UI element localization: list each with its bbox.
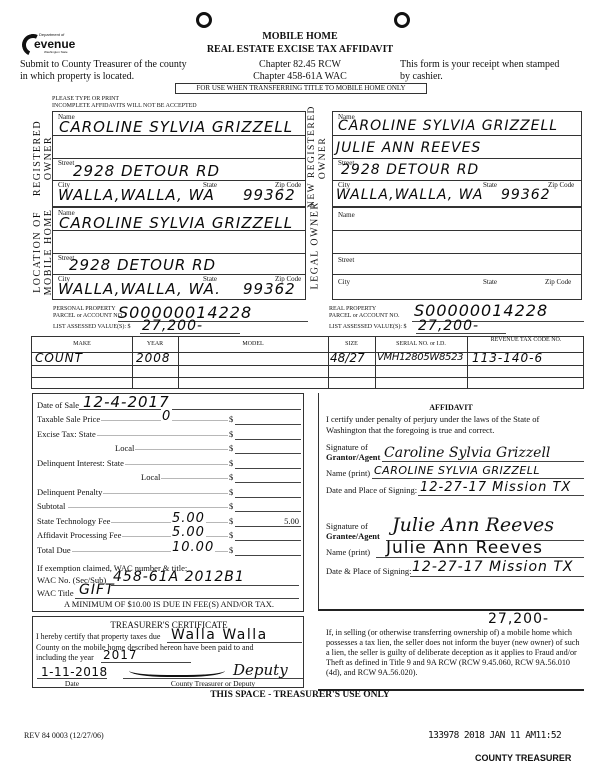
- new-owner-name[interactable]: CAROLINE SYLVIA GRIZZELL: [338, 118, 558, 134]
- chapter-rcw: Chapter 82.45 RCW: [240, 59, 360, 70]
- legal-owner-box: Name Street City State Zip Code: [332, 207, 582, 300]
- treasurer-certificate-box: TREASURER'S CERTIFICATE I hereby certify…: [32, 616, 304, 688]
- submit-text: Submit to County Treasurer of the county: [20, 59, 187, 70]
- tax-calculation-box: Date of Sale 12-4-2017 If exemption clai…: [32, 393, 304, 612]
- tax-row-handwritten[interactable]: 5.00: [171, 525, 206, 540]
- new-owner-name-2[interactable]: JULIE ANN REEVES: [336, 140, 481, 156]
- tax-row-label: Subtotal: [37, 501, 66, 511]
- cell-serial[interactable]: VMH12805W8523: [377, 352, 463, 363]
- col-serial: SERIAL NO. or I.D.: [375, 341, 467, 347]
- col-make: MAKE: [32, 341, 132, 347]
- currency-symbol: $: [229, 487, 233, 497]
- punch-hole-icon: [196, 12, 212, 28]
- cell-make[interactable]: COUNT: [35, 351, 83, 365]
- leader-dots: ........................................…: [120, 443, 228, 452]
- personal-assessed-value[interactable]: 27,200-: [142, 318, 203, 334]
- registered-owner-city[interactable]: WALLA,WALLA, WA: [58, 186, 215, 204]
- transfer-banner: FOR USE WHEN TRANSFERRING TITLE TO MOBIL…: [175, 83, 427, 94]
- mobile-home-table: MAKE YEAR MODEL SIZE SERIAL NO. or I.D. …: [31, 336, 584, 389]
- new-owner-city[interactable]: WALLA,WALLA, WA: [336, 187, 483, 203]
- col-revenue-code: REVENUE TAX CODE NO.: [470, 337, 582, 344]
- registered-owner-zip[interactable]: 99362: [243, 186, 296, 204]
- legal-owner-side-label: LEGAL OWNER: [310, 220, 321, 290]
- currency-symbol: $: [229, 516, 233, 526]
- tax-row-handwritten[interactable]: 5.00: [171, 511, 206, 526]
- treasurer-date[interactable]: 1-11-2018: [41, 665, 108, 679]
- cashier-stamp-office: COUNTY TREASURER: [475, 753, 571, 763]
- tax-row-label: Local: [115, 443, 135, 453]
- cell-year[interactable]: 2008: [136, 351, 171, 365]
- receipt-text: This form is your receipt when stamped: [400, 59, 559, 70]
- cashier-stamp: 133978 2018 JAN 11 AM11:52: [428, 730, 561, 741]
- tax-lien-notice: If, in selling (or otherwise transferrin…: [326, 628, 584, 678]
- new-owner-zip[interactable]: 99362: [501, 187, 551, 203]
- affidavit-title: AFFIDAVIT: [318, 403, 584, 412]
- wac-title[interactable]: GIFT: [79, 582, 115, 598]
- registered-owner-name[interactable]: CAROLINE SYLVIA GRIZZELL: [59, 118, 293, 136]
- grantor-name-print[interactable]: CAROLINE SYLVIA GRIZZELL: [374, 464, 540, 477]
- location-name[interactable]: CAROLINE SYLVIA GRIZZELL: [59, 214, 293, 232]
- location-street[interactable]: 2928 DETOUR RD: [69, 256, 216, 274]
- tax-row-label: Total Due: [37, 545, 72, 555]
- leader-dots: ........................................…: [42, 501, 228, 510]
- col-size: SIZE: [328, 341, 375, 347]
- grantor-date-place[interactable]: 12-27-17 Mission TX: [420, 480, 571, 495]
- location-zip[interactable]: 99362: [243, 280, 296, 298]
- grantee-name-print[interactable]: Julie Ann Reeves: [386, 538, 543, 558]
- real-assessed-value[interactable]: 27,200-: [418, 318, 479, 334]
- currency-symbol: $: [229, 530, 233, 540]
- currency-symbol: $: [229, 458, 233, 468]
- col-year: YEAR: [132, 341, 178, 347]
- currency-symbol: $: [229, 501, 233, 511]
- currency-symbol: $: [229, 414, 233, 424]
- form-title-line1: MOBILE HOME: [200, 31, 400, 42]
- chapter-wac: Chapter 458-61A WAC: [240, 71, 360, 82]
- submit-text-2: in which property is located.: [20, 71, 134, 82]
- minimum-fee-note: A MINIMUM OF $10.00 IS DUE IN FEE(S) AND…: [33, 599, 305, 609]
- currency-symbol: $: [229, 429, 233, 439]
- treasurer-county[interactable]: Walla Walla: [171, 627, 268, 643]
- tax-row-label: Local: [141, 472, 161, 482]
- currency-symbol: $: [229, 443, 233, 453]
- grantee-date-place[interactable]: 12-27-17 Mission TX: [412, 559, 573, 575]
- punch-hole-icon: [394, 12, 410, 28]
- treasurer-signature[interactable]: Deputy: [233, 661, 288, 679]
- registered-owner-side-label: REGISTEREDOWNER: [32, 113, 54, 203]
- new-owner-street[interactable]: 2928 DETOUR RD: [341, 162, 479, 178]
- form-title-line2: REAL ESTATE EXCISE TAX AFFIDAVIT: [170, 44, 430, 55]
- tax-row-handwritten[interactable]: 0: [161, 409, 172, 424]
- grantee-signature[interactable]: Julie Ann Reeves: [392, 514, 554, 536]
- tax-row-label: Delinquent Interest: State: [37, 458, 125, 468]
- tax-row-label: Affidavit Processing Fee: [37, 530, 122, 540]
- cell-revenue-code[interactable]: 113-140-6: [472, 351, 543, 365]
- tax-row-label: Taxable Sale Price: [37, 414, 101, 424]
- new-owner-box: Name CAROLINE SYLVIA GRIZZELL JULIE ANN …: [332, 111, 582, 207]
- tax-row-label: State Technology Fee: [37, 516, 111, 526]
- location-box: Name CAROLINE SYLVIA GRIZZELL Street 292…: [52, 207, 306, 300]
- instruction-print: PLEASE TYPE OR PRINT: [52, 96, 119, 102]
- treasurer-signature-scrawl: [129, 661, 225, 677]
- tax-row-label: Delinquent Penalty: [37, 487, 103, 497]
- cell-size[interactable]: 48/27: [330, 351, 365, 365]
- revenue-logo: Department of evenue Washington State: [22, 32, 82, 54]
- tax-row-label: Excise Tax: State: [37, 429, 97, 439]
- grantor-signature[interactable]: Caroline Sylvia Grizzell: [384, 445, 550, 461]
- wac-number[interactable]: 458-61A 2012B1: [113, 569, 245, 585]
- instruction-incomplete: INCOMPLETE AFFIDAVITS WILL NOT BE ACCEPT…: [52, 103, 197, 109]
- col-model: MODEL: [178, 341, 328, 347]
- currency-symbol: $: [229, 472, 233, 482]
- tax-row-value[interactable]: 5.00: [235, 516, 299, 526]
- currency-symbol: $: [229, 545, 233, 555]
- registered-owner-box: Name CAROLINE SYLVIA GRIZZELL Street 292…: [52, 111, 306, 207]
- form-number: REV 84 0003 (12/27/06): [24, 731, 104, 740]
- tax-row-handwritten[interactable]: 10.00: [171, 540, 215, 555]
- location-city[interactable]: WALLA,WALLA, WA.: [58, 280, 221, 298]
- treasurer-year[interactable]: 2017: [103, 648, 138, 662]
- location-side-label: LOCATION OFMOBILE HOME: [32, 207, 54, 297]
- new-owner-side-label: NEW REGISTEREDOWNER: [307, 108, 329, 208]
- treasurer-use-only-label: THIS SPACE - TREASURER'S USE ONLY: [0, 690, 600, 700]
- notice-handwritten-value: 27,200-: [488, 611, 549, 627]
- registered-owner-street[interactable]: 2928 DETOUR RD: [73, 162, 220, 180]
- receipt-text-2: by cashier.: [400, 71, 443, 82]
